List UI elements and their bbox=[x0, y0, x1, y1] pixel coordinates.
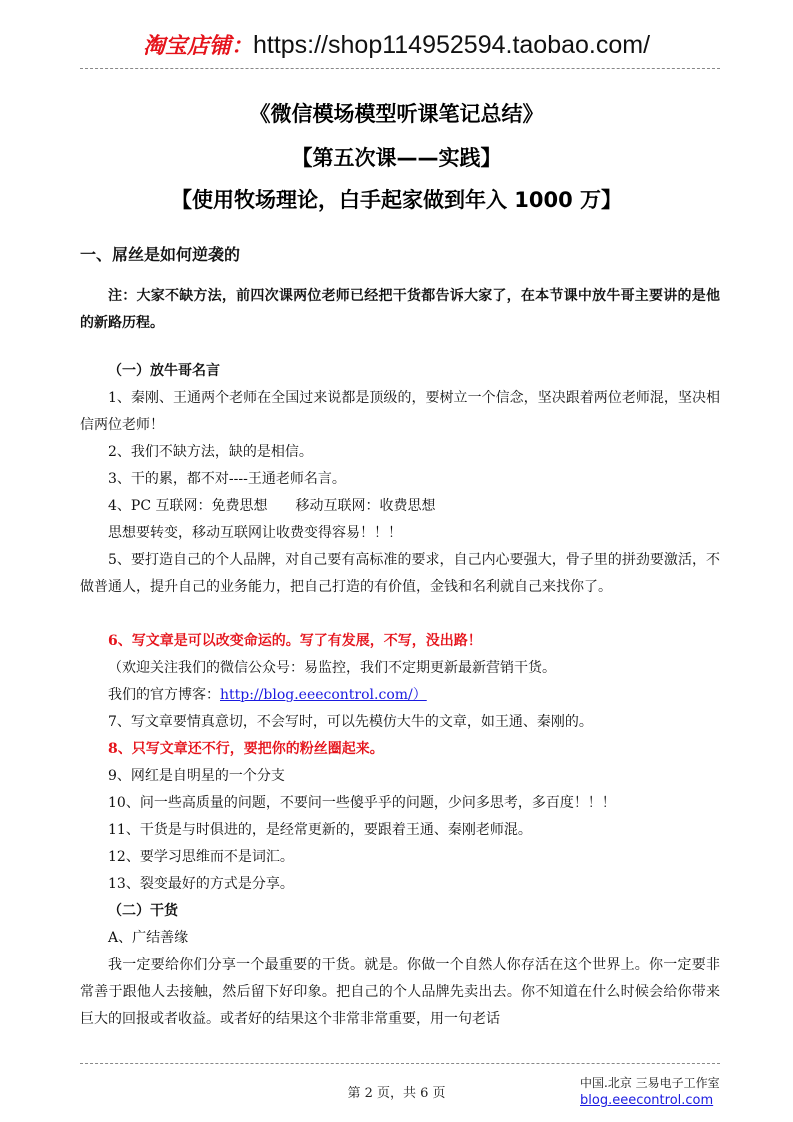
footer-divider bbox=[80, 1063, 720, 1064]
quote-item-7: 7、写文章要情真意切，不会写时，可以先模仿大牛的文章，如王通、秦刚的。 bbox=[80, 709, 720, 736]
quote-item-10: 10、问一些高质量的问题，不要问一些傻乎乎的问题，少问多思考，多百度！！！ bbox=[80, 790, 720, 817]
subheading-quotes: （一）放牛哥名言 bbox=[80, 358, 720, 385]
wechat-note: （欢迎关注我们的微信公众号：易监控，我们不定期更新最新营销干货。 bbox=[80, 655, 720, 682]
blog-link[interactable]: http://blog.eeecontrol.com/） bbox=[220, 687, 427, 703]
header-banner: 淘宝店铺：https://shop114952594.taobao.com/ bbox=[0, 28, 793, 64]
quote-item-5: 5、要打造自己的个人品牌，对自己要有高标准的要求，自己内心要强大，骨子里的拼劲要… bbox=[80, 547, 720, 601]
quote-item-1: 1、秦刚、王通两个老师在全国过来说都是顶级的，要树立一个信念，坚决跟着两位老师混… bbox=[80, 385, 720, 439]
shop-label: 淘宝店铺： bbox=[143, 34, 253, 59]
quote-item-9: 9、网红是自明星的一个分支 bbox=[80, 763, 720, 790]
lesson-title: 【第五次课——实践】 bbox=[0, 142, 793, 172]
note-paragraph: 注：大家不缺方法，前四次课两位老师已经把干货都告诉大家了，在本节课中放牛哥主要讲… bbox=[80, 283, 720, 337]
footer-org: 中国.北京 三易电子工作室 blog.eeecontrol.com bbox=[580, 1075, 720, 1109]
quote-item-6: 6、写文章是可以改变命运的。写了有发展，不写，没出路！ bbox=[80, 628, 720, 655]
quote-item-3: 3、干的累，都不对----王通老师名言。 bbox=[80, 466, 720, 493]
quote-item-4-note: 思想要转变，移动互联网让收费变得容易！！！ bbox=[80, 520, 720, 547]
dry-goods-paragraph: 我一定要给你们分享一个最重要的干货。就是。你做一个自然人你存活在这个世界上。你一… bbox=[80, 952, 720, 1033]
shop-url-link[interactable]: https://shop114952594.taobao.com/ bbox=[253, 31, 650, 59]
section-heading: 一、屌丝是如何逆袭的 bbox=[80, 242, 240, 265]
dry-goods-a: A、广结善缘 bbox=[80, 925, 720, 952]
quote-item-8: 8、只写文章还不行，要把你的粉丝圈起来。 bbox=[80, 736, 720, 763]
quote-item-12: 12、要学习思维而不是词汇。 bbox=[80, 844, 720, 871]
quote-item-13: 13、裂变最好的方式是分享。 bbox=[80, 871, 720, 898]
quote-item-11: 11、干货是与时俱进的，是经常更新的，要跟着王通、秦刚老师混。 bbox=[80, 817, 720, 844]
quote-item-2: 2、我们不缺方法，缺的是相信。 bbox=[80, 439, 720, 466]
header-divider bbox=[80, 68, 720, 69]
org-name: 中国.北京 三易电子工作室 bbox=[580, 1075, 720, 1092]
subheading-dry-goods: （二）干货 bbox=[80, 898, 720, 925]
quote-item-4: 4、PC 互联网：免费思想 移动互联网：收费思想 bbox=[80, 493, 720, 520]
blog-prefix: 我们的官方博客： bbox=[108, 687, 220, 703]
document-title: 《微信模场模型听课笔记总结》 bbox=[0, 98, 793, 128]
org-link[interactable]: blog.eeecontrol.com bbox=[580, 1092, 720, 1109]
lesson-subtitle: 【使用牧场理论，白手起家做到年入 1000 万】 bbox=[0, 184, 793, 214]
blog-line: 我们的官方博客：http://blog.eeecontrol.com/） bbox=[80, 682, 720, 709]
